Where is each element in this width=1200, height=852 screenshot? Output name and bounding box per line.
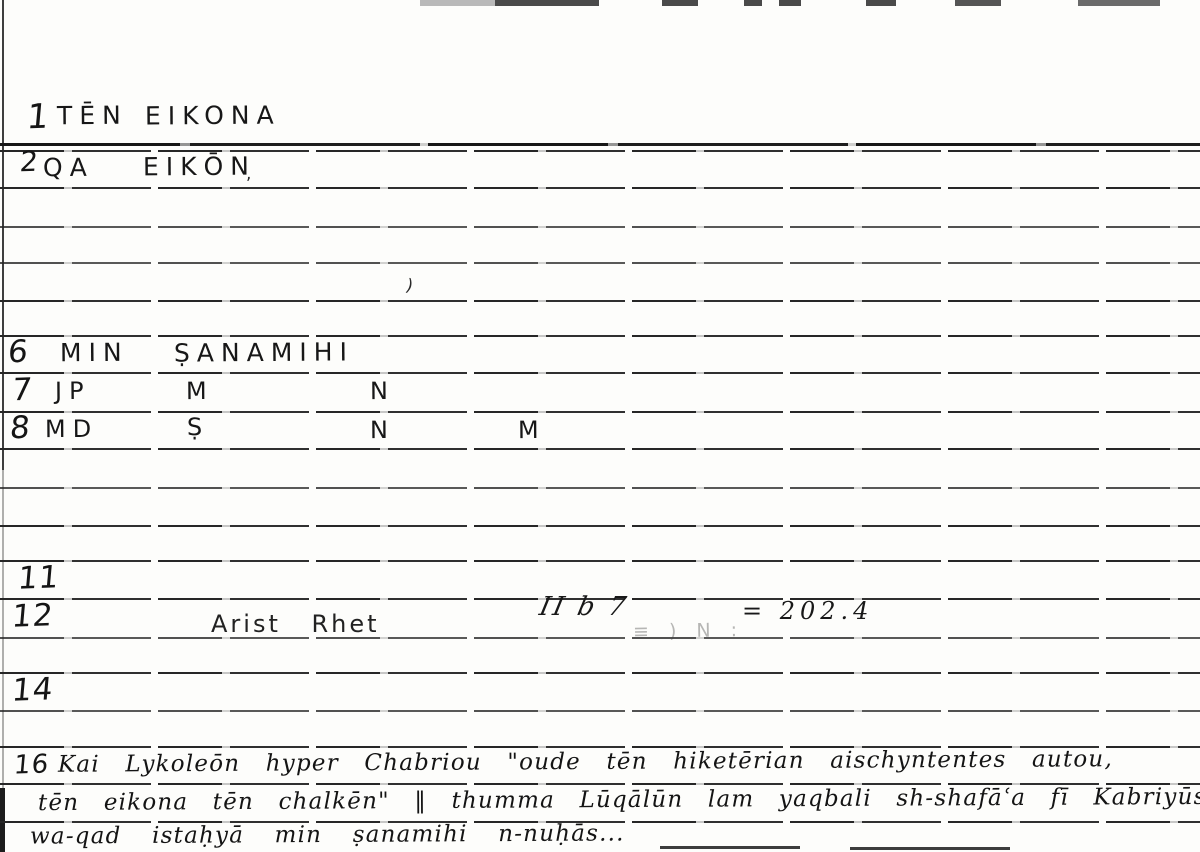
stray-comma: ,	[246, 164, 251, 184]
siglum-m: M	[186, 379, 214, 403]
ruled-line	[0, 187, 1200, 189]
siglum-n: N	[370, 379, 395, 403]
card-edge-left-bottom	[0, 788, 5, 852]
entry-word-sanamihi: ṢANAMIHI	[174, 339, 354, 365]
ruled-line-partial	[850, 847, 1010, 850]
line-number-6: 6	[7, 337, 31, 369]
siglum-n: N	[370, 418, 395, 442]
scan-artifact-top-edge	[420, 0, 497, 6]
quotation-greek-line: Kai Lykoleōn hyper Chabriou "oude tēn hi…	[58, 748, 1113, 777]
scan-artifact-top-edge	[1078, 0, 1160, 6]
entry-arabic-lemma: EIKŌN	[143, 154, 256, 180]
entry-siglum-qa: QA	[43, 155, 94, 180]
ruled-line	[0, 710, 1200, 712]
ruled-line	[0, 672, 1200, 674]
siglum-m: M	[518, 418, 546, 442]
ruled-line	[0, 335, 1200, 337]
citation-ref: II b 7	[537, 592, 632, 622]
ruled-line	[0, 226, 1200, 228]
entry-greek-lemma: TĒN	[57, 103, 128, 128]
scan-artifact-top-edge	[744, 0, 762, 6]
scan-artifact-top-edge	[779, 0, 801, 6]
line-number-16: 16	[13, 751, 51, 778]
ruled-line-partial	[660, 846, 800, 849]
ruled-line	[0, 411, 1200, 413]
citation-value: = 202.4	[742, 597, 873, 625]
entry-word-min: MIN	[60, 340, 129, 365]
ruled-line	[0, 300, 1200, 302]
index-card: 1 TĒN EIKONA 2 QA EIKŌN , ) 6 MIN ṢANAMI…	[0, 0, 1200, 852]
line-number-8: 8	[9, 413, 33, 445]
line-number-1: 1	[25, 100, 51, 135]
quotation-greek-arabic-line: tēn eikona tēn chalkēn" ‖ thumma Lūqālūn…	[38, 786, 1200, 815]
ruled-line	[0, 487, 1200, 489]
scan-artifact-top-edge	[662, 0, 698, 6]
scan-artifact-top-edge	[866, 0, 896, 6]
card-edge-left	[2, 470, 4, 790]
ruled-line	[0, 525, 1200, 527]
siglum-jp: JP	[55, 379, 91, 403]
stray-pen-mark: )	[404, 275, 415, 296]
ruled-line	[0, 372, 1200, 374]
ruled-line	[0, 637, 1200, 639]
ruled-line	[0, 560, 1200, 562]
ruled-line	[0, 262, 1200, 264]
quotation-arabic-line: wa-qad istaḥyā min ṣanamihi n-nuḥās...	[30, 822, 625, 848]
ruled-line	[0, 448, 1200, 450]
line-number-12: 12	[11, 600, 55, 632]
line-number-14: 14	[11, 674, 55, 706]
line-number-11: 11	[17, 562, 61, 594]
line-number-7: 7	[11, 375, 35, 407]
line-number-2: 2	[19, 148, 40, 177]
siglum-md: MD	[45, 417, 98, 441]
siglum-s-dot: Ṣ	[187, 415, 209, 439]
citation-arist-rhet: Arist Rhet	[211, 610, 380, 638]
card-edge-left	[2, 0, 4, 470]
erased-pencil-marks: ≡ ) N :	[633, 619, 744, 643]
entry-greek-lemma: EIKONA	[145, 103, 281, 129]
ruled-line	[0, 143, 1200, 146]
scan-artifact-top-edge	[955, 0, 1001, 6]
scan-artifact-top-edge	[495, 0, 599, 6]
